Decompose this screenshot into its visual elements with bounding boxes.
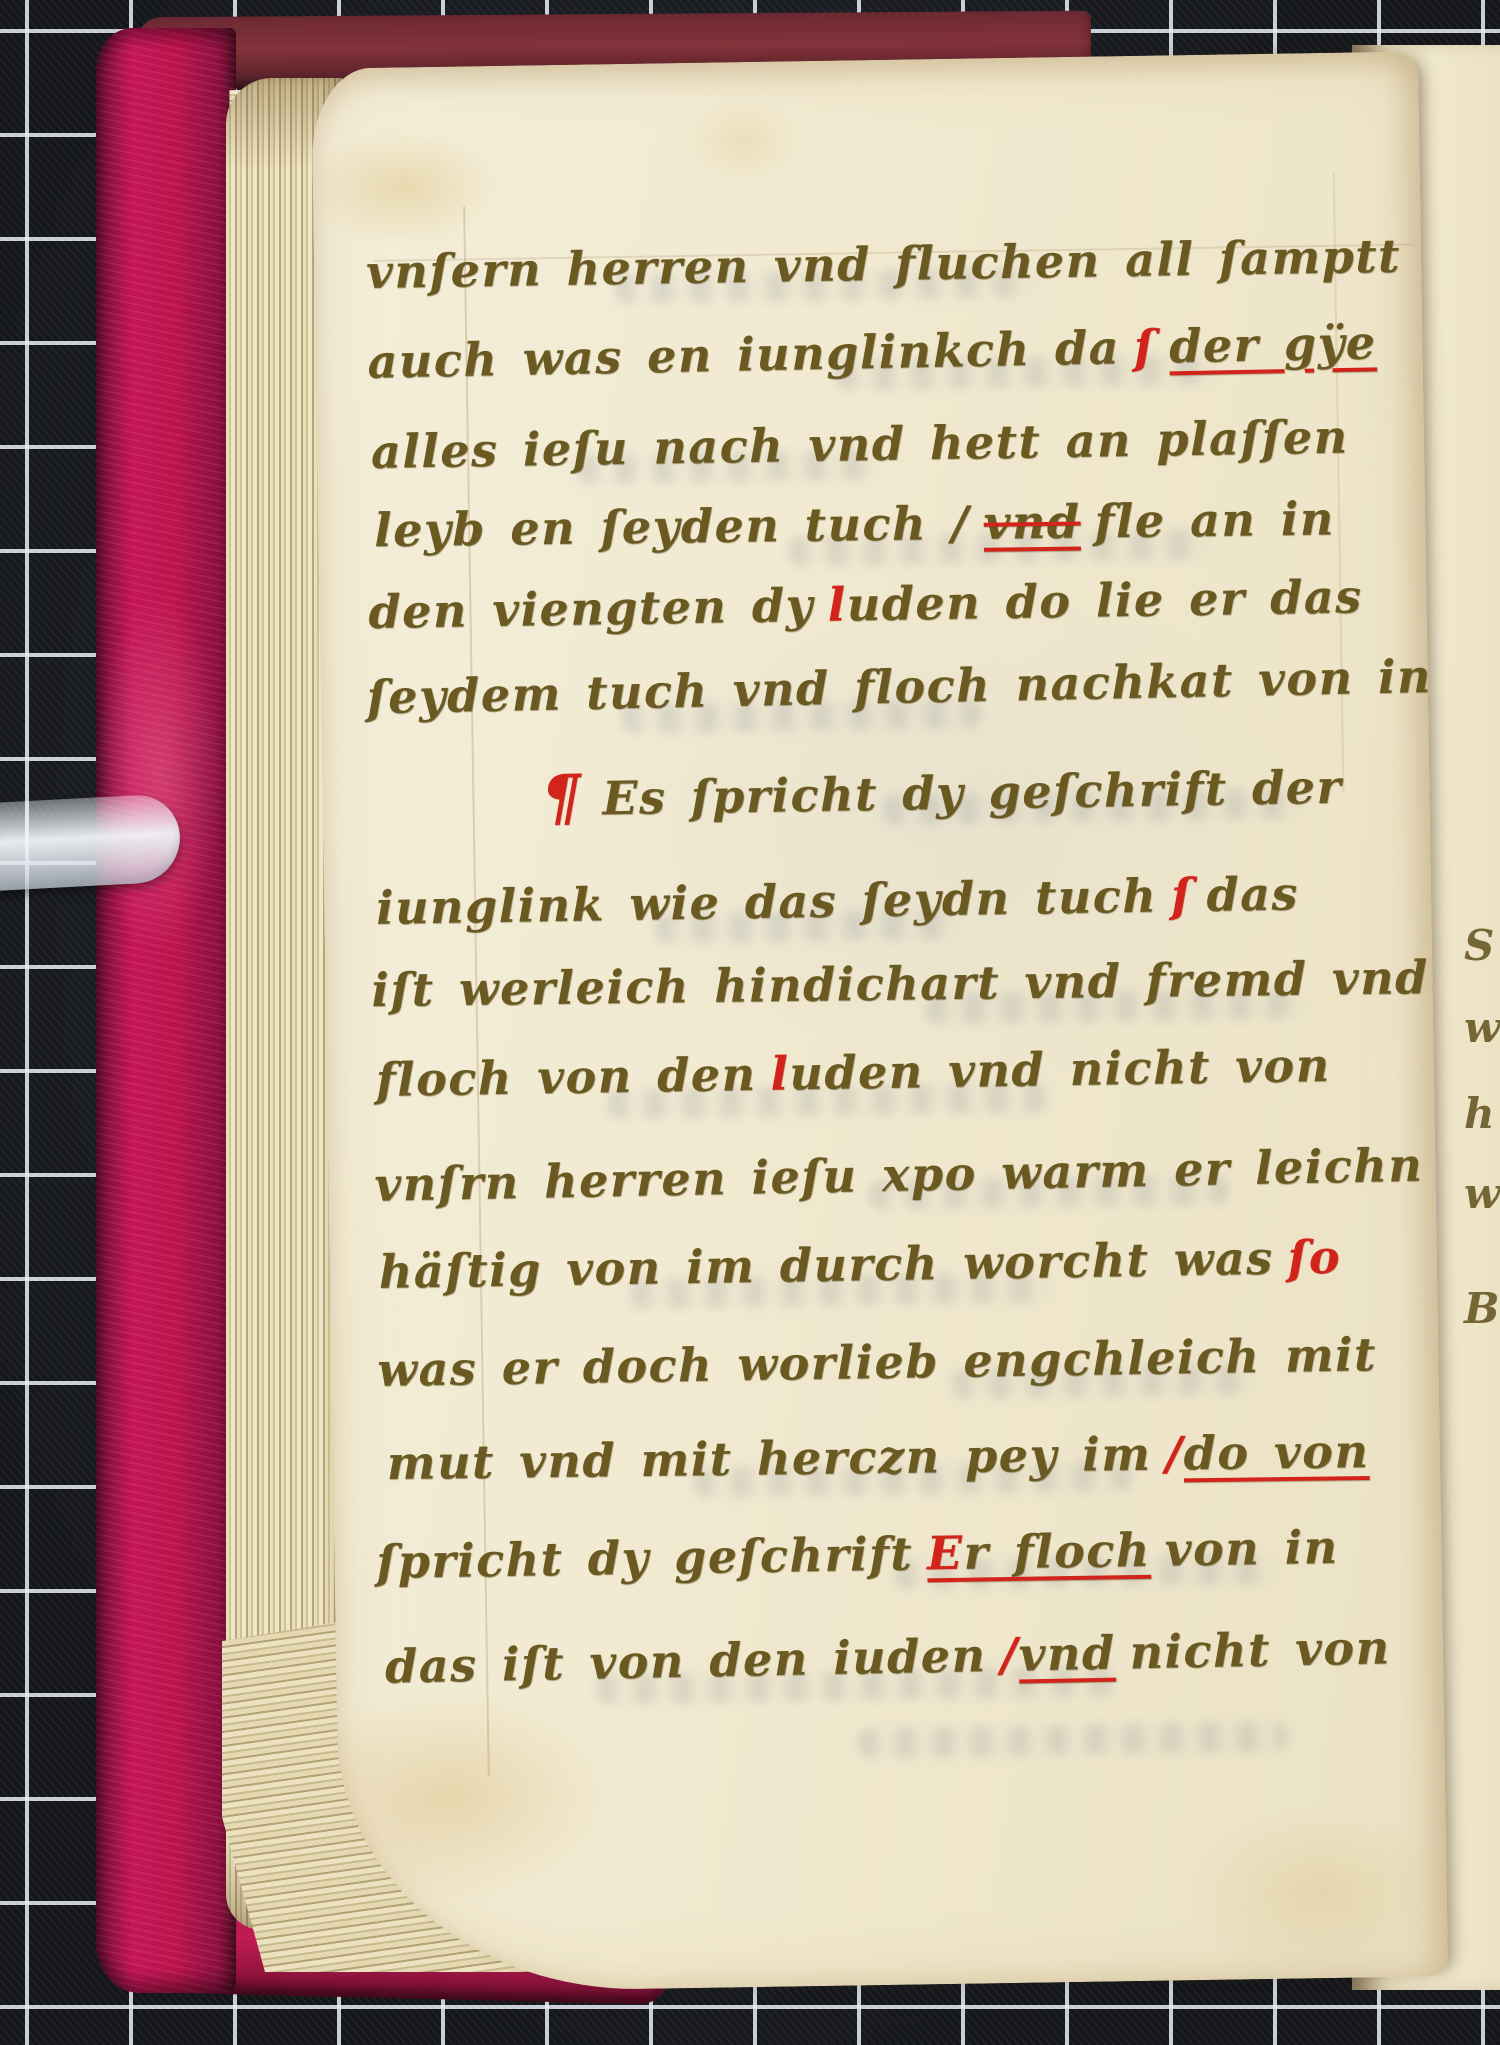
rubric-run: E [927, 1526, 964, 1581]
book-cover-spine [96, 28, 236, 1993]
ink-run: uden vnd nicht von [789, 1038, 1331, 1100]
ink-run: mut vnd mit herczn pey im [387, 1427, 1152, 1490]
facing-page-mark: w [1464, 1173, 1500, 1215]
manuscript-line: den viengten dyluden do lie er das [368, 564, 1377, 644]
manuscript-line: ¶Es ſpricht dy geſchrift der [541, 749, 1357, 826]
rubric-run: / [1000, 1627, 1019, 1681]
ink-run: vnd [1018, 1626, 1116, 1682]
rubric-run: l [770, 1046, 790, 1100]
ink-run: do von [1183, 1424, 1369, 1480]
manuscript-photograph: S w h w B vnſern herren vnd fluchen all … [0, 0, 1500, 2045]
rubric-run: ſ [1171, 868, 1193, 922]
ink-run: vnd [983, 495, 1080, 550]
parchment-page: vnſern herren vnd fluchen all ſamptt auc… [311, 51, 1448, 1993]
manuscript-line: iſt werleich hindichart vnd fremd vnd [371, 945, 1443, 1022]
ink-run: ſeydem tuch vnd floch nachkat von in [366, 649, 1432, 724]
manuscript-line: ſeydem tuch vnd floch nachkat von in [366, 644, 1446, 730]
manuscript-line: alles ieſu nach vnd hett an plaſſen [370, 404, 1363, 484]
ink-run: ſpricht dy geſchrift [376, 1527, 913, 1589]
ink-run: vnſrn herren ieſu xpo warm er leichn [374, 1138, 1424, 1212]
facing-page-mark: w [1464, 1007, 1500, 1049]
rubric-run: ¶ [541, 761, 583, 835]
manuscript-line: leyb en ſeyden tuch /vndfle an in [374, 486, 1349, 562]
ink-run: uden do lie er das [846, 569, 1363, 631]
manuscript-line: auch was en iunglinkch daſder gÿe [367, 310, 1391, 394]
manuscript-line: vnſrn herren ieſu xpo warm er leichn [374, 1132, 1438, 1216]
manuscript-line: das iſt von den iuden/vndnicht von [384, 1615, 1405, 1699]
ink-run: das iſt von den iuden [385, 1628, 987, 1694]
facing-page-mark: B [1464, 1288, 1500, 1330]
ink-run: iſt werleich hindichart vnd fremd vnd [371, 950, 1429, 1017]
ink-run: r floch [963, 1523, 1151, 1580]
manuscript-line: vnſern herren vnd fluchen all ſamptt [366, 224, 1416, 304]
bleedthrough-ghost [857, 1722, 1287, 1759]
ink-run: das [1206, 866, 1299, 921]
rubric-run: ſo [1287, 1230, 1341, 1285]
ink-run: den viengten dy [368, 578, 814, 639]
rubric-run: ſ [1133, 320, 1155, 374]
ink-run: floch von den [375, 1047, 756, 1107]
plastic-page-clip [0, 793, 182, 891]
manuscript-line: mut vnd mit herczn pey im/do von [386, 1419, 1383, 1495]
rubric-run: / [1165, 1426, 1184, 1480]
facing-page-mark: S [1464, 925, 1494, 967]
ink-run: auch was en iunglinkch da [367, 320, 1120, 388]
ink-run: häſtig von im durch worcht was [378, 1231, 1274, 1299]
ink-run: leyb en ſeyden tuch / [374, 496, 970, 557]
ink-run: vnſern herren vnd fluchen all ſamptt [366, 229, 1401, 299]
ink-run: fle an in [1094, 491, 1335, 548]
ink-run: nicht von [1129, 1620, 1391, 1679]
manuscript-line: floch von denluden vnd nicht von [375, 1033, 1345, 1112]
rubric-run: l [827, 577, 847, 631]
ink-run: der gÿe [1169, 315, 1377, 373]
ink-run: von in [1164, 1520, 1339, 1577]
facing-page-mark: h [1464, 1093, 1495, 1135]
ink-run: alles ieſu nach vnd hett an plaſſen [371, 410, 1349, 479]
ink-run: was er doch worlieb engchleich mit [377, 1327, 1377, 1397]
manuscript-line: iunglink wie das ſeydn tuchſdas [376, 861, 1314, 940]
manuscript-line: häſtig von im durch worcht wasſo [378, 1225, 1355, 1304]
ink-run: iunglink wie das ſeydn tuch [376, 869, 1158, 935]
